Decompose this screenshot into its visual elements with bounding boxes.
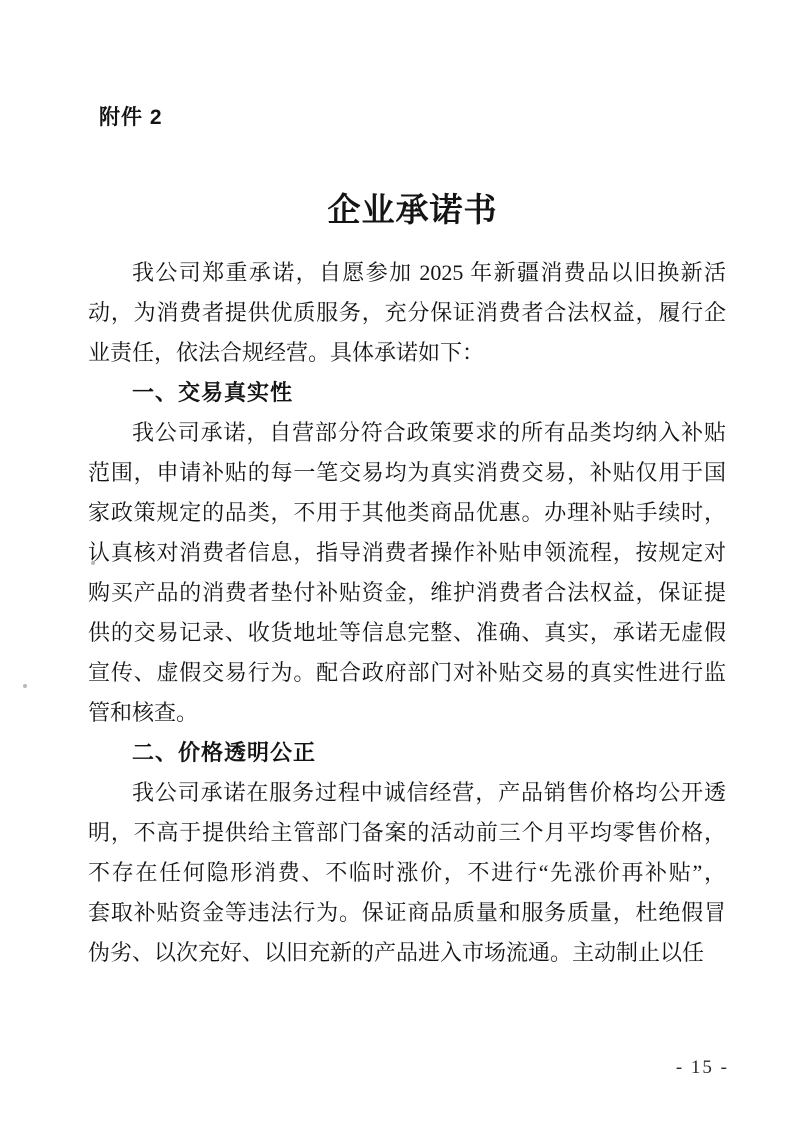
section-2-paragraph: 我公司承诺在服务过程中诚信经营，产品销售价格均公开透明，不高于提供给主管部门备案… <box>88 773 726 973</box>
section-heading-1: 一、交易真实性 <box>88 373 726 413</box>
text-line: 我公司郑重承诺，自愿参加 2025 年新疆消费品以旧换新活 <box>88 253 726 293</box>
text-line: 供的交易记录、收货地址等信息完整、准确、真实，承诺无虚假 <box>88 613 726 653</box>
text-line: 明，不高于提供给主管部门备案的活动前三个月平均零售价格， <box>88 813 726 853</box>
text-line: 套取补贴资金等违法行为。保证商品质量和服务质量，杜绝假冒 <box>88 893 726 933</box>
intro-paragraph: 我公司郑重承诺，自愿参加 2025 年新疆消费品以旧换新活动，为消费者提供优质服… <box>88 253 726 373</box>
text-line: 家政策规定的品类，不用于其他类商品优惠。办理补贴手续时， <box>88 493 726 533</box>
page-number: - 15 - <box>676 1057 729 1079</box>
text-line: 不存在任何隐形消费、不临时涨价，不进行“先涨价再补贴”， <box>88 853 726 893</box>
text-line: 认真核对消费者信息，指导消费者操作补贴申领流程，按规定对 <box>88 533 726 573</box>
text-line: 动，为消费者提供优质服务，充分保证消费者合法权益，履行企 <box>88 293 726 333</box>
section-1-paragraph: 我公司承诺，自营部分符合政策要求的所有品类均纳入补贴范围，申请补贴的每一笔交易均… <box>88 413 726 733</box>
text-line: 购买产品的消费者垫付补贴资金，维护消费者合法权益，保证提 <box>88 573 726 613</box>
text-line: 业责任，依法合规经营。具体承诺如下： <box>88 333 726 373</box>
scan-speck <box>91 561 95 565</box>
document-body: 我公司郑重承诺，自愿参加 2025 年新疆消费品以旧换新活动，为消费者提供优质服… <box>88 253 726 973</box>
document-page: 附件 2 企业承诺书 我公司郑重承诺，自愿参加 2025 年新疆消费品以旧换新活… <box>0 0 793 1122</box>
text-line: 我公司承诺在服务过程中诚信经营，产品销售价格均公开透 <box>88 773 726 813</box>
text-line: 管和核查。 <box>88 693 726 733</box>
text-line: 宣传、虚假交易行为。配合政府部门对补贴交易的真实性进行监 <box>88 653 726 693</box>
text-line: 伪劣、以次充好、以旧充新的产品进入市场流通。主动制止以任 <box>88 933 726 973</box>
document-title: 企业承诺书 <box>16 184 793 231</box>
text-line: 我公司承诺，自营部分符合政策要求的所有品类均纳入补贴 <box>88 413 726 453</box>
section-heading-2: 二、价格透明公正 <box>88 733 726 773</box>
attachment-label: 附件 2 <box>99 101 163 131</box>
scan-speck <box>23 684 27 688</box>
text-line: 范围，申请补贴的每一笔交易均为真实消费交易，补贴仅用于国 <box>88 453 726 493</box>
